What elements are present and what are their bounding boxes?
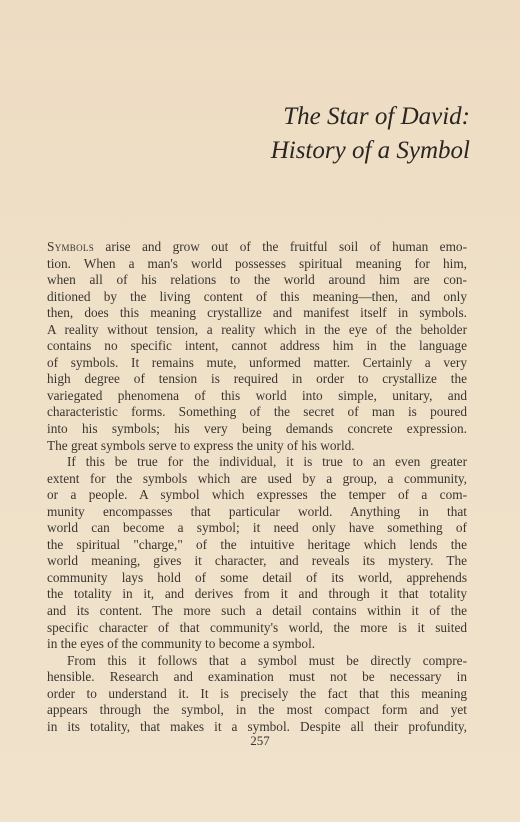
chapter-title-line-1: The Star of David: — [271, 100, 470, 134]
text-line: characteristic forms. Something of the s… — [47, 404, 467, 421]
text-line: appears through the symbol, in the most … — [47, 702, 467, 719]
text-line: when all of his relations to the world a… — [47, 272, 467, 289]
text-line: order to understand it. It is precisely … — [47, 686, 467, 703]
text-line: the spiritual "charge," of the intuitive… — [47, 537, 467, 554]
text-line: world can become a symbol; it need only … — [47, 520, 467, 537]
text-line: ditioned by the living content of this m… — [47, 289, 467, 306]
text-line: of symbols. It remains mute, unformed ma… — [47, 355, 467, 372]
text-line: community lays hold of some detail of it… — [47, 570, 467, 587]
text-line: tion. When a man's world possesses spiri… — [47, 256, 467, 273]
text-line: extent for the symbols which are used by… — [47, 471, 467, 488]
book-page: The Star of David: History of a Symbol S… — [0, 0, 520, 822]
text-line: munity encompasses that particular world… — [47, 504, 467, 521]
text-line: then, does this meaning crystallize and … — [47, 305, 467, 322]
text-line: specific character of that community's w… — [47, 620, 467, 637]
text-line: variegated phenomena of this world into … — [47, 388, 467, 405]
chapter-title: The Star of David: History of a Symbol — [271, 100, 470, 168]
drop-word: Symbols — [47, 239, 94, 254]
chapter-title-line-2: History of a Symbol — [271, 134, 470, 168]
text-line: and its content. The more such a detail … — [47, 603, 467, 620]
text-line: From this it follows that a symbol must … — [47, 653, 467, 670]
text-line: the totality in it, and derives from it … — [47, 586, 467, 603]
text-line: Symbols arise and grow out of the fruitf… — [47, 239, 467, 256]
text-line: into his symbols; his very being demands… — [47, 421, 467, 438]
page-number: 257 — [0, 733, 520, 749]
text-line: in the eyes of the community to become a… — [47, 636, 467, 653]
text-line: The great symbols serve to express the u… — [47, 438, 467, 455]
text-line: high degree of tension is required in or… — [47, 371, 467, 388]
text-line: or a people. A symbol which expresses th… — [47, 487, 467, 504]
text-line: If this be true for the individual, it i… — [47, 454, 467, 471]
text-line: hensible. Research and examination must … — [47, 669, 467, 686]
body-text: Symbols arise and grow out of the fruitf… — [47, 239, 467, 735]
text-line: contains no specific intent, cannot addr… — [47, 338, 467, 355]
text-line: A reality without tension, a reality whi… — [47, 322, 467, 339]
text-line: world meaning, gives it character, and r… — [47, 553, 467, 570]
